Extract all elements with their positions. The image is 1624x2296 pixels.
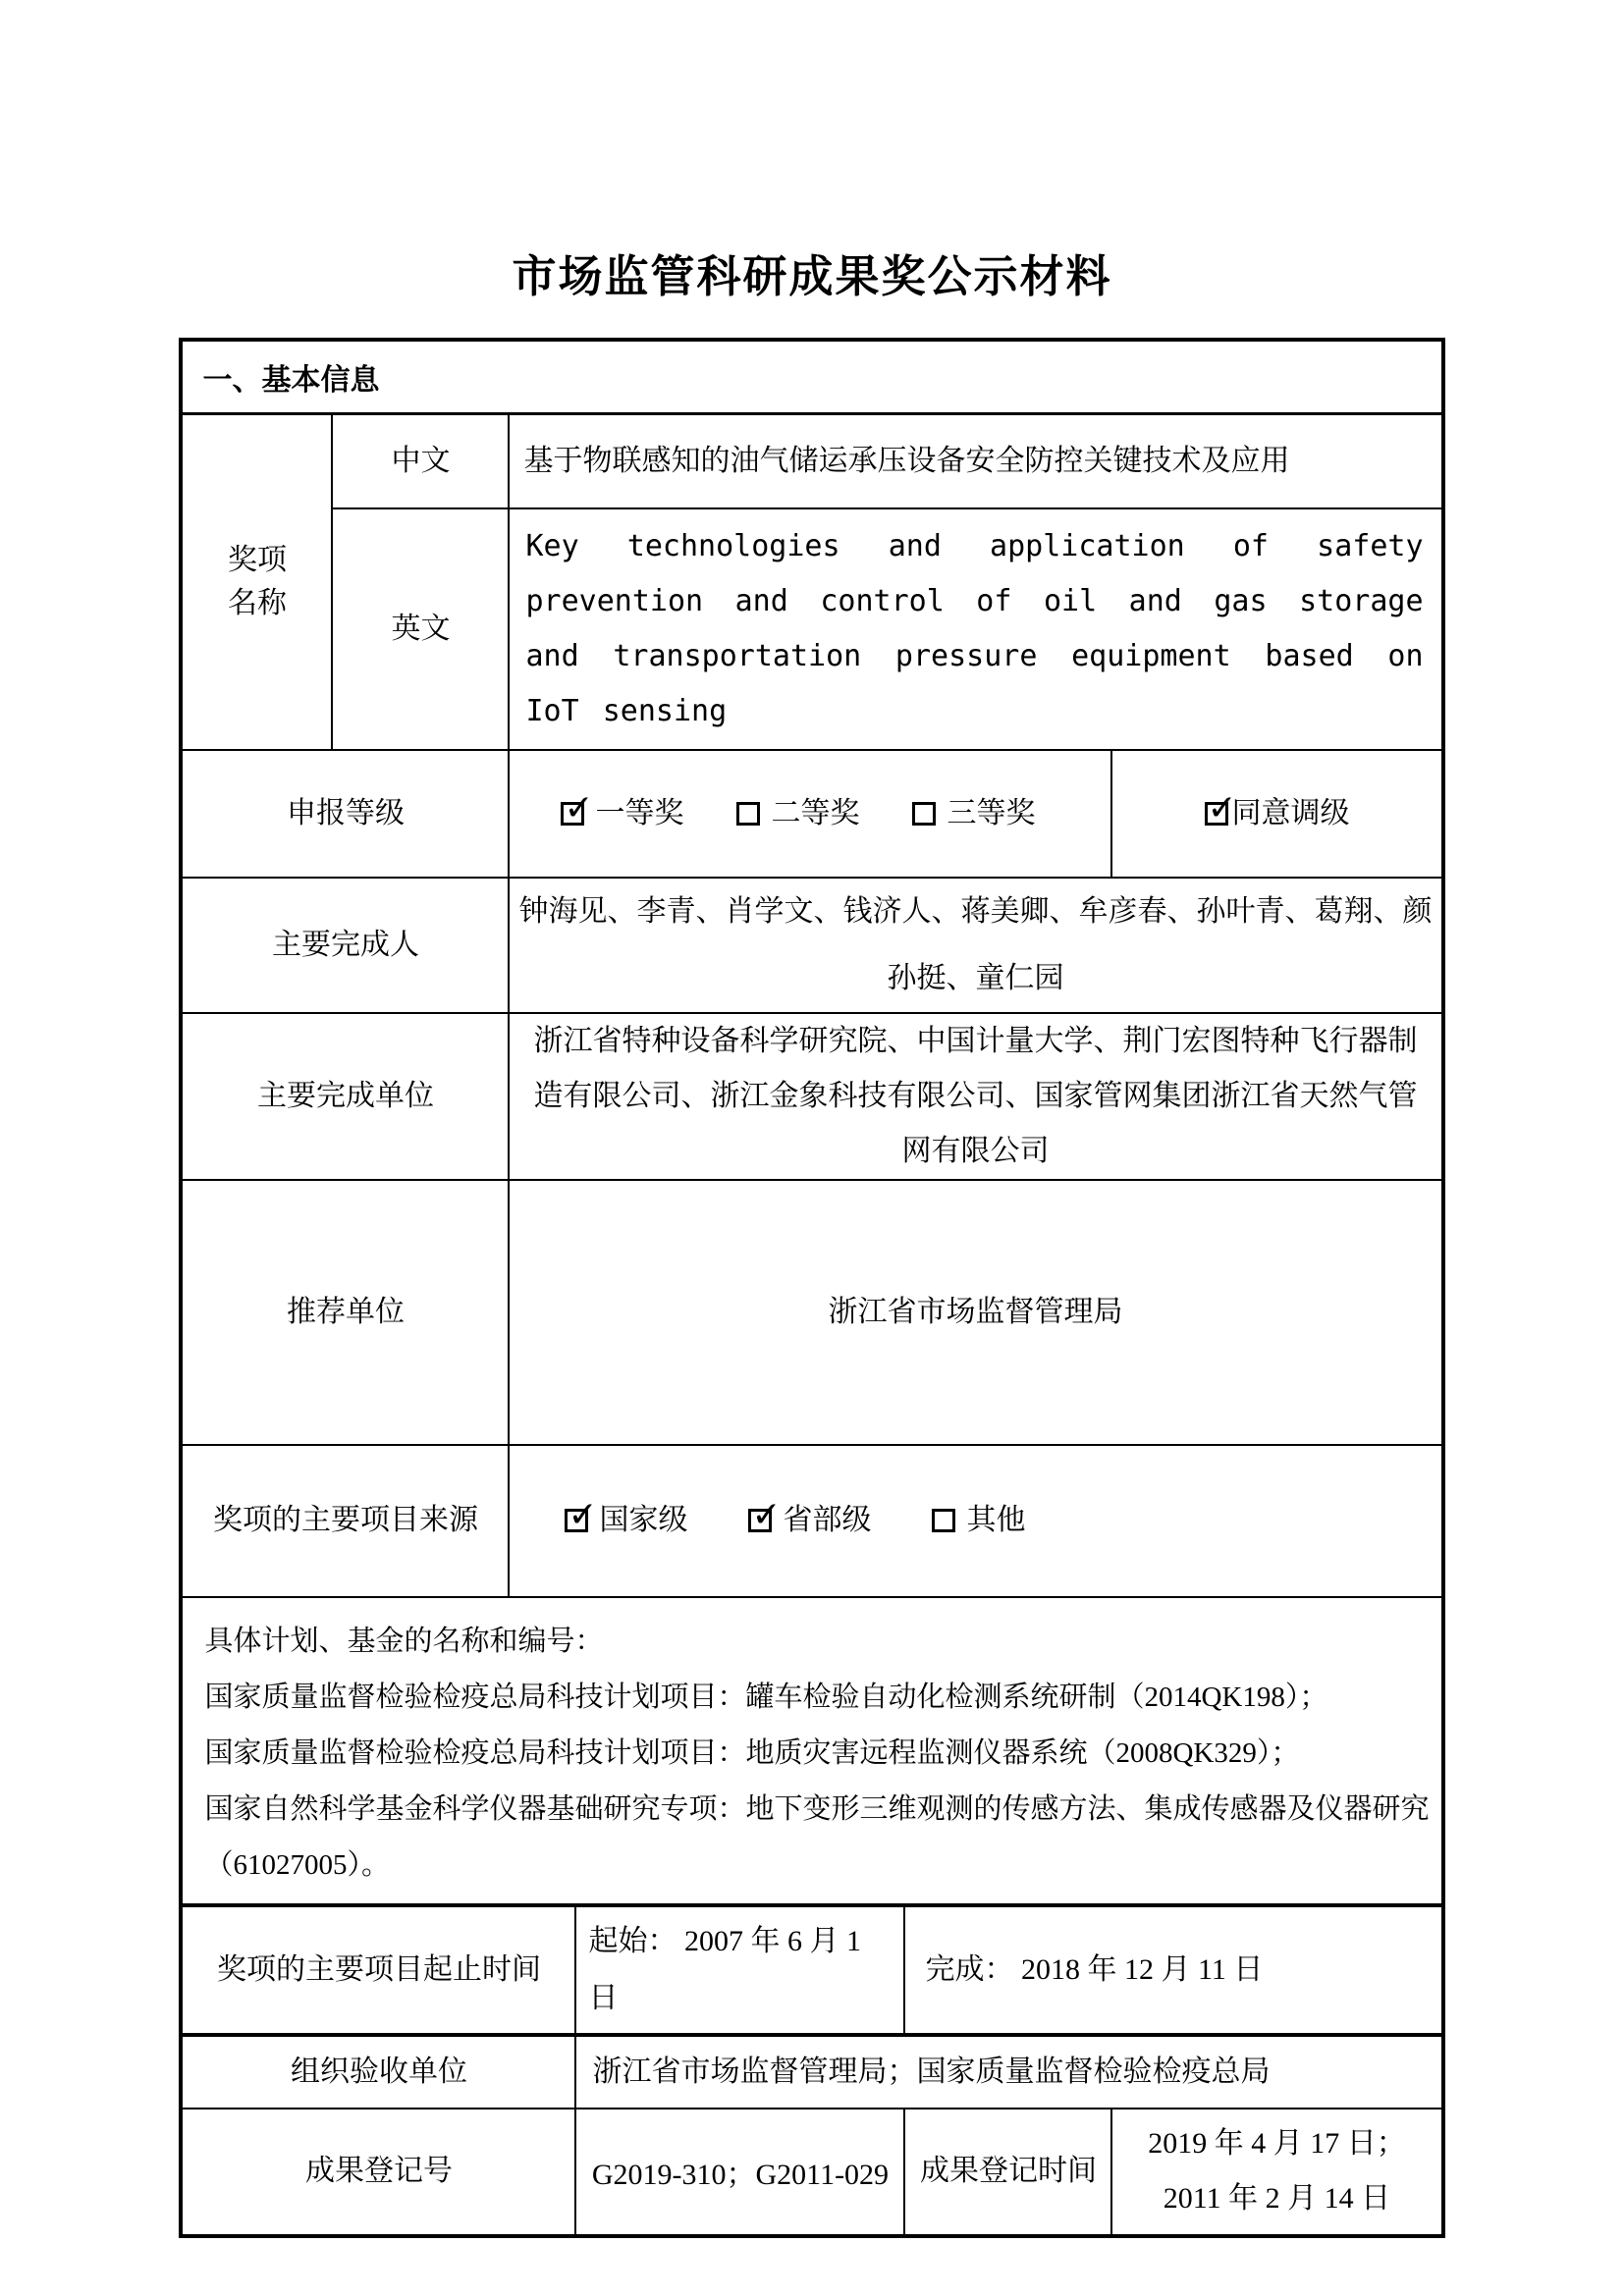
option-second-prize: 二等奖	[736, 798, 859, 829]
registration-label: 成果登记号	[181, 2109, 575, 2236]
third-prize-checkbox[interactable]	[912, 802, 936, 826]
table-row: 推荐单位 浙江省市场监督管理局	[181, 1180, 1442, 1445]
recommender-label: 推荐单位	[181, 1180, 509, 1445]
agree-adjust-label: 同意调级	[1232, 798, 1350, 829]
plan-item: 国家质量监督检验检疫总局科技计划项目：罐车检验自动化检测系统研制（2014QK1…	[204, 1670, 1431, 1726]
first-prize-checkbox[interactable]	[561, 802, 584, 826]
second-prize-checkbox[interactable]	[736, 802, 760, 826]
duration-start: 起始： 2007 年 6 月 1 日	[575, 1905, 904, 2035]
table-row: 主要完成单位 浙江省特种设备科学研究院、中国计量大学、荆门宏图特种飞行器制造有限…	[181, 1013, 1442, 1180]
table-row: 一、基本信息	[181, 340, 1442, 414]
main-completers-label: 主要完成人	[181, 878, 509, 1013]
award-name-label-cell: 奖项名称	[181, 414, 332, 750]
table-row: 组织验收单位 浙江省市场监督管理局；国家质量监督检验检疫总局	[181, 2035, 1442, 2109]
plan-details-cell: 具体计划、基金的名称和编号： 国家质量监督检验检疫总局科技计划项目：罐车检验自动…	[181, 1597, 1442, 1905]
third-prize-label: 三等奖	[947, 798, 1035, 829]
second-prize-label: 二等奖	[771, 798, 859, 829]
main-completers-value: 钟海见、李青、肖学文、钱济人、蒋美卿、牟彦春、孙叶青、葛翔、颜孙挺、童仁园	[509, 878, 1442, 1013]
other-checkbox[interactable]	[932, 1509, 955, 1532]
lang-label-zh: 中文	[332, 414, 509, 508]
agree-adjust-checkbox[interactable]	[1205, 802, 1228, 826]
table-row: 具体计划、基金的名称和编号： 国家质量监督检验检疫总局科技计划项目：罐车检验自动…	[181, 1597, 1442, 1905]
registration-time-label: 成果登记时间	[904, 2109, 1111, 2236]
document-page: 市场监管科研成果奖公示材料 一、基本信息 奖项名称 中文 基于物联感知的油气储运…	[0, 0, 1624, 2296]
basic-info-table: 一、基本信息 奖项名称 中文 基于物联感知的油气储运承压设备安全防控关键技术及应…	[179, 338, 1444, 2238]
section-header: 一、基本信息	[181, 340, 1442, 414]
option-agree-adjust: 同意调级	[1112, 798, 1440, 829]
recommender-value: 浙江省市场监督管理局	[509, 1180, 1442, 1445]
lang-label-en: 英文	[332, 508, 509, 750]
first-prize-label: 一等奖	[595, 798, 683, 829]
table-row: 申报等级 一等奖 二等奖 三等奖	[181, 750, 1442, 878]
acceptance-label: 组织验收单位	[181, 2035, 575, 2109]
national-checkbox[interactable]	[565, 1509, 588, 1532]
acceptance-value: 浙江省市场监督管理局；国家质量监督检验检疫总局	[575, 2035, 1442, 2109]
declared-level-options-cell: 一等奖 二等奖 三等奖	[509, 750, 1111, 878]
option-provincial: 省部级	[748, 1505, 871, 1536]
provincial-checkbox[interactable]	[748, 1509, 772, 1532]
provincial-label: 省部级	[783, 1505, 871, 1536]
declared-level-label: 申报等级	[181, 750, 509, 878]
option-third-prize: 三等奖	[912, 798, 1035, 829]
option-first-prize: 一等奖	[561, 798, 683, 829]
table-row: 主要完成人 钟海见、李青、肖学文、钱济人、蒋美卿、牟彦春、孙叶青、葛翔、颜孙挺、…	[181, 878, 1442, 1013]
main-units-label: 主要完成单位	[181, 1013, 509, 1180]
table-row: 成果登记号 G2019-310；G2011-029 成果登记时间 2019 年 …	[181, 2109, 1442, 2236]
duration-end: 完成： 2018 年 12 月 11 日	[904, 1905, 1442, 2035]
award-title-zh: 基于物联感知的油气储运承压设备安全防控关键技术及应用	[509, 414, 1442, 508]
registration-date-line: 2019 年 4 月 17 日；	[1116, 2116, 1436, 2171]
main-units-value: 浙江省特种设备科学研究院、中国计量大学、荆门宏图特种飞行器制造有限公司、浙江金象…	[509, 1013, 1442, 1180]
plan-item: 国家自然科学基金科学仪器基础研究专项：地下变形三维观测的传感方法、集成传感器及仪…	[204, 1782, 1431, 1894]
project-source-label: 奖项的主要项目来源	[181, 1445, 509, 1597]
award-name-label: 奖项名称	[225, 539, 290, 625]
declared-level-options: 一等奖 二等奖 三等奖	[510, 798, 1110, 829]
project-source-options-cell: 国家级 省部级 其他	[509, 1445, 1442, 1597]
option-other: 其他	[932, 1505, 1025, 1536]
registration-number: G2019-310；G2011-029	[575, 2109, 904, 2236]
table-row: 英文 Key technologies and application of s…	[181, 508, 1442, 750]
table-row: 奖项名称 中文 基于物联感知的油气储运承压设备安全防控关键技术及应用	[181, 414, 1442, 508]
other-label: 其他	[966, 1505, 1025, 1536]
plan-heading: 具体计划、基金的名称和编号：	[204, 1614, 1431, 1670]
option-national: 国家级	[565, 1505, 687, 1536]
national-label: 国家级	[599, 1505, 687, 1536]
project-source-options: 国家级 省部级 其他	[510, 1505, 1440, 1536]
plan-item: 国家质量监督检验检疫总局科技计划项目：地质灾害远程监测仪器系统（2008QK32…	[204, 1726, 1431, 1782]
award-title-en: Key technologies and application of safe…	[509, 508, 1442, 750]
duration-label: 奖项的主要项目起止时间	[181, 1905, 575, 2035]
agree-adjust-cell: 同意调级	[1111, 750, 1442, 878]
registration-dates-cell: 2019 年 4 月 17 日； 2011 年 2 月 14 日	[1111, 2109, 1442, 2236]
table-row: 奖项的主要项目来源 国家级 省部级 其他	[181, 1445, 1442, 1597]
registration-date-line: 2011 年 2 月 14 日	[1116, 2171, 1436, 2226]
table-row: 奖项的主要项目起止时间 起始： 2007 年 6 月 1 日 完成： 2018 …	[181, 1905, 1442, 2035]
document-title: 市场监管科研成果奖公示材料	[0, 240, 1624, 304]
